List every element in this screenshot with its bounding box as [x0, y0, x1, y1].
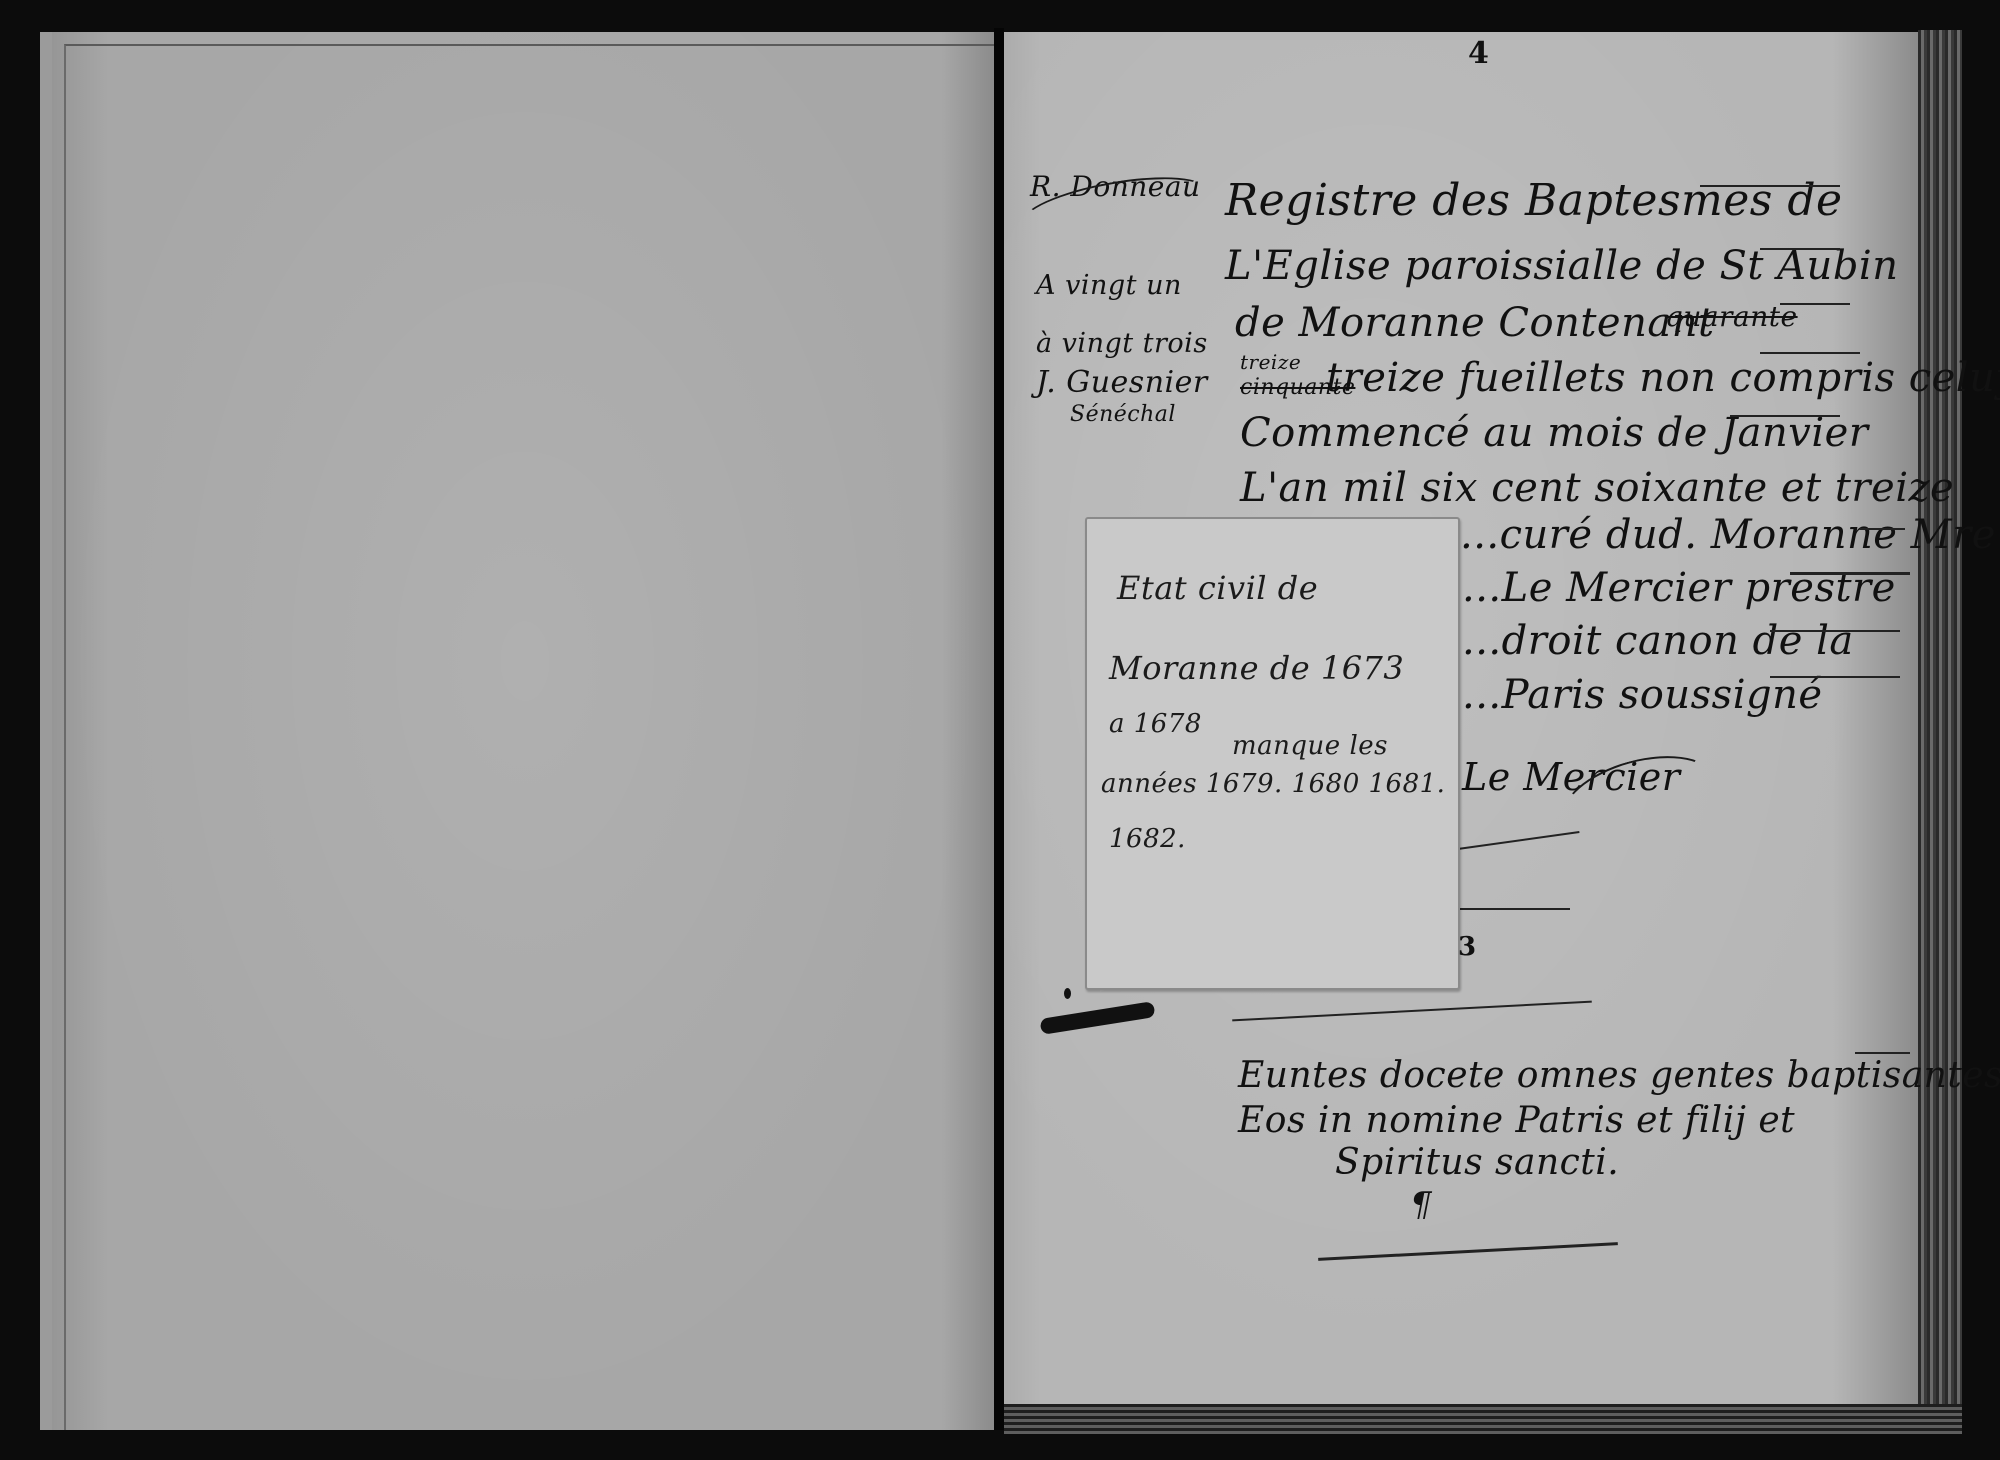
title-line-6: L'an mil six cent soixante et treize — [1240, 465, 1954, 511]
label-line-5: années 1679. 1680 1681. — [1101, 769, 1445, 799]
closing-mark: ¶ — [1410, 1185, 1432, 1225]
title-line-4: treize fueillets non compris celuy cy — [1326, 355, 2000, 401]
label-line-6: 1682. — [1109, 824, 1186, 854]
scripture-line-1: Euntes docete omnes gentes baptisantes — [1238, 1055, 2000, 1096]
line-filler-dash — [1770, 630, 1900, 632]
title-line-9: ...droit canon de la — [1462, 618, 1854, 664]
page-stack-edge-bottom — [1004, 1404, 1962, 1434]
label-side-mark: 3 — [1458, 932, 1477, 962]
label-line-1: Etat civil de — [1117, 569, 1318, 607]
line-filler-dash — [1860, 528, 1905, 530]
left-page-rule — [64, 44, 998, 1430]
book-spine — [994, 28, 1004, 1430]
title-line-3: de Moranne Contenant — [1235, 300, 1715, 346]
left-page-blank — [40, 32, 998, 1430]
scripture-line-2: Eos in nomine Patris et filij et — [1238, 1100, 1795, 1141]
line-filler-dash — [1855, 1052, 1910, 1054]
page-stack-edge-right — [1918, 30, 1962, 1430]
label-line-4: manque les — [1232, 731, 1388, 761]
line-filler-dash — [1770, 676, 1900, 678]
ink-dot — [1064, 988, 1071, 999]
line-filler-dash — [1460, 908, 1570, 910]
label-line-2: Moranne de 1673 — [1109, 649, 1404, 687]
struck-word: quarante — [1665, 300, 1798, 333]
line-filler-dash — [1700, 185, 1840, 187]
line-filler-dash — [1760, 352, 1860, 354]
margin-note-line-2: à vingt trois — [1036, 328, 1208, 359]
margin-note-line-4: Sénéchal — [1070, 402, 1176, 427]
label-line-3: a 1678 — [1109, 709, 1202, 739]
folio-number: 4 — [1468, 36, 1489, 71]
inserted-word: treize — [1240, 350, 1301, 374]
title-line-7: ...curé dud. Moranne Mre — [1460, 512, 1996, 558]
line-filler-dash — [1780, 303, 1850, 305]
margin-note-line-1: A vingt un — [1036, 270, 1182, 301]
line-filler-dash — [1790, 572, 1910, 575]
scripture-line-3: Spiritus sancti. — [1335, 1142, 1619, 1183]
pasted-archive-label: Etat civil de Moranne de 1673 a 1678 man… — [1085, 517, 1460, 990]
line-filler-dash — [1730, 415, 1840, 417]
title-line-10: ...Paris soussigné — [1462, 672, 1823, 718]
margin-note-line-3: J. Guesnier — [1036, 365, 1208, 400]
title-line-1: Registre des Baptesmes de — [1225, 175, 1843, 226]
line-filler-dash — [1760, 248, 1840, 250]
